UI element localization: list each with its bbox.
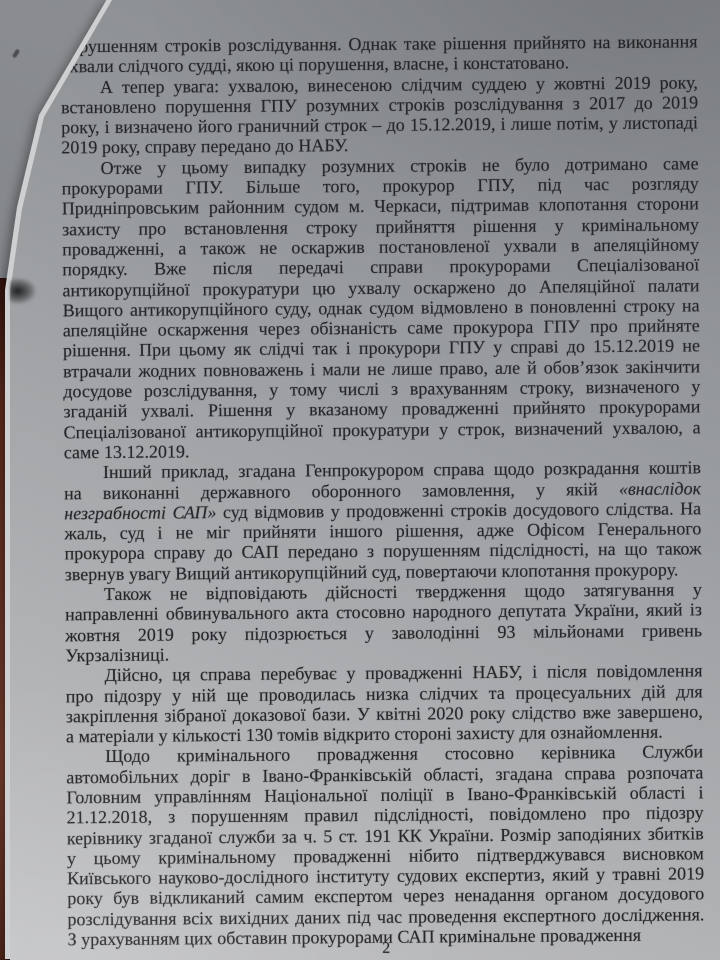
word: Черкаси, [374,196,441,217]
word: ухвалою, [228,75,299,96]
word: відкликаний [149,887,245,908]
word: кримінального [177,745,290,766]
word: в [446,784,455,804]
word: через [259,319,301,340]
word: не [259,238,277,258]
word: про [602,803,630,824]
word: антикорупційного [130,299,268,320]
word: його [198,116,233,137]
word: жовтня [65,624,120,645]
word: слідчим [401,74,462,95]
word: у [691,376,700,396]
word: ненадання [455,885,535,906]
word: «внаслідок [619,478,701,499]
word: цьому [94,848,141,869]
document-page: порушеннямстроківрозслідування.Однактаке… [0,0,720,960]
word: також [657,539,702,560]
word: а [178,238,186,258]
word: час [584,174,609,194]
word: Вищий [175,563,230,584]
word: про [66,686,94,707]
word: в [242,766,251,786]
word: винесеною [308,74,393,95]
word: інституту [316,866,390,887]
word: обізнаність [310,318,397,339]
word: дослідження. [602,904,704,925]
word: потім, [556,113,603,134]
word: рішення [443,33,507,54]
word: проводилась [259,684,356,705]
word: у [365,623,374,643]
word: у [493,337,502,357]
word: бази. [312,704,351,725]
word: ГПУ [260,95,296,116]
word: згадана [238,461,295,482]
word: жовтні [554,73,606,94]
word: направленні [65,604,159,625]
word: час [377,906,402,926]
word: порушенням [383,540,480,561]
word: встановлення [184,217,288,238]
word: Укрзалізниці. [65,644,169,665]
word: оскаржив [291,237,365,258]
word: обвинувального [166,603,289,624]
word: 21.12.2018, [67,807,153,828]
word: ч. [303,826,317,846]
word: Головним [66,787,141,808]
word: строку, [520,377,574,398]
word: мільйонами [533,621,624,642]
word: строку [623,295,675,316]
word: повноважень [203,359,303,380]
word: справа [433,459,484,480]
word: у [172,685,181,705]
word: лише [392,358,433,379]
word: і [346,339,351,359]
word: Івано-Франківській [262,764,412,785]
word: судді, [188,55,232,76]
page-edge-shadow [10,278,36,304]
word: квітні [376,703,421,724]
word: районним [209,197,285,218]
word: Дійсно, [104,665,162,686]
word: ГПУ [544,316,580,337]
word: прийнято [513,32,586,53]
word: підтверджувався [477,844,605,865]
word: згадана [495,763,552,784]
word: строків [450,500,506,521]
word: відкрито [323,724,390,745]
word: Спеціалізованої [64,421,186,442]
word: низка [366,683,409,704]
word: доказової [233,704,306,725]
word: порушенням [191,806,288,827]
word: Однак [348,34,396,55]
word: заволодінні [392,622,480,643]
word: увагу [129,563,171,584]
word: саме [64,442,100,463]
word: дій [642,681,666,701]
word: згаданої [149,827,212,848]
word: прийняте [628,315,700,336]
word: Апеляційної [539,275,635,296]
word: увага: [173,76,219,97]
paragraph: Такожневідповідаютьдійсностітвердженнящо… [65,579,703,665]
word: і [105,117,110,137]
word: лише [511,114,552,135]
word: судом [369,297,414,318]
word: суду, [275,298,312,319]
word: не [367,359,385,379]
word: прийняття [375,216,455,237]
word: збитків [648,823,704,844]
word: процесуальних [515,681,631,702]
word: ній [192,685,216,705]
word: не [175,522,193,542]
word: справа [565,763,616,784]
word: до [567,337,585,357]
word: іншого [329,521,383,542]
word: прокурорами [599,397,700,418]
word: під [538,174,562,194]
word: у [286,400,295,420]
word: слідчих [419,683,478,704]
word: у [157,157,166,177]
word: народного [412,601,491,622]
word: служби [218,826,275,847]
word: розумних [306,95,379,116]
word: звернув [65,564,125,585]
word: однак [318,298,362,319]
word: нібито [409,845,459,866]
word: керівнику [67,827,143,848]
word: який [552,864,588,885]
word: затягування [583,580,674,601]
word: граничний [238,115,320,136]
word: у [159,726,168,746]
word: провадженні, [62,238,164,259]
word: в [571,235,580,255]
word: справу [145,137,197,158]
word: відмовив [254,501,324,522]
word: КК [398,825,422,845]
word: року, [660,72,698,93]
word: Отже [100,157,141,178]
word: констатовано. [463,53,569,74]
word: виконання [617,31,697,52]
word: також [200,238,245,259]
word: підтримав [451,195,529,216]
word: жаль, [64,523,106,544]
word: та [489,682,505,702]
word: експертного [503,905,596,926]
word: і [157,523,162,543]
word: Служби [642,742,703,763]
word: ці [279,55,294,75]
word: замовлення, [422,479,515,500]
word: приклад, [161,461,229,482]
word: стосовно [445,743,514,764]
word: до [276,136,294,156]
word: суд [223,502,248,522]
word: заподіяних [557,823,641,844]
word: суд [120,523,145,543]
word: передачі [279,257,344,278]
word: керівника [541,742,616,763]
word: САП» [172,502,216,523]
word: який [646,600,682,621]
word: за [282,826,297,846]
word: м. [349,196,365,216]
word: цьому [182,157,229,178]
word: проведення [408,906,497,927]
word: продовженні [346,500,444,521]
word: для [676,681,703,702]
word: прокурор [382,175,454,196]
word: цю [312,278,335,298]
word: щодо [524,580,565,601]
word: порушення [165,96,251,117]
word: доріг [190,766,230,787]
word: судом [294,197,339,218]
word: провадження [317,744,418,765]
word: слідство [512,702,577,723]
word: того, [323,176,360,197]
word: органом [545,885,608,906]
word: розслідування. [228,34,342,55]
word: експертиз, [465,865,545,886]
word: палати [648,275,700,296]
word: слідства. [606,498,674,519]
word: Національної [264,785,367,806]
word: виконанні [103,482,180,503]
word: і [698,782,703,802]
paragraph: порушеннямстроківрозслідування.Однактаке… [61,31,698,77]
word: після [213,258,253,279]
word: Рішення [208,400,273,421]
word: рішення. [63,340,131,361]
paragraph: Щодокримінальногопровадженнястосовнокері… [66,742,705,950]
word: з [367,541,374,561]
word: але [495,357,520,377]
word: закінчити [625,356,700,377]
word: рішення, [396,520,464,541]
word: 2019 [61,138,97,159]
word: завершено, [617,701,703,722]
word: ухвалу [348,277,401,298]
word: передано [288,541,358,562]
word: і [532,662,537,682]
word: якій [566,479,598,500]
word: як [234,339,251,359]
word: визначений [515,418,603,439]
word: було [515,154,550,175]
word: право, [439,358,488,379]
word: Розмір [500,824,551,845]
word: підозру [646,803,704,824]
word: саме [663,153,699,174]
word: відповідають [206,582,307,603]
word: 2019 [614,72,650,93]
word: про [138,218,166,239]
word: кількості [172,725,241,746]
word: стосовно [336,602,405,623]
word: у [269,380,278,400]
word: 13.12.2019. [104,441,190,462]
word: після [547,661,587,682]
word: у [346,663,355,683]
word: закріплення [66,705,158,726]
page-number: 2 [68,937,705,960]
word: кримінальному [158,847,276,868]
word: у [609,113,618,133]
word: Спеціалізованої [577,255,699,276]
word: всіх [183,908,214,929]
word: жодних [138,360,196,381]
word: оскаржено [413,276,495,297]
word: у [596,864,605,884]
word: України, [573,600,639,621]
word: прокуратури [332,419,429,440]
word: НАБУ. [298,136,348,157]
word: якою [236,55,275,76]
word: Генпрокурором [305,460,424,481]
word: даних [295,907,341,928]
text-block: порушеннямстроківрозслідування.Однактаке… [61,31,705,949]
photo-of-document: { "colors":{ "paper_dark":"#84878b", "pa… [0,0,720,960]
word: розслідування, [144,380,258,401]
word: прийняти [243,521,316,542]
word: сторони [637,194,699,215]
word: науково-дослідного [158,867,308,888]
word: ухвали [504,235,557,256]
word: прийнято [513,398,586,419]
word: клопотання [539,194,628,215]
word: а [692,417,700,437]
word: твердження [416,581,506,602]
word: клопотання [501,560,590,581]
word: передано [201,136,271,157]
word: строків [165,35,221,56]
word: визначено [115,116,193,137]
word: області, [423,764,483,785]
word: рішення [473,215,537,236]
word: дійсності [326,582,398,603]
word: року [470,703,506,724]
word: підозрюється [245,623,348,644]
word: що [625,539,648,559]
word: повідомлення [597,661,703,682]
word: 15.12.2019, [410,114,496,135]
word: 5 [323,826,332,846]
word: провадженні [402,398,500,419]
word: не [682,336,700,356]
word: тепер [122,76,165,97]
word: САП [242,542,279,563]
word: акта [296,603,329,624]
word: строк, [458,418,505,439]
word: ознайомлення. [550,722,663,743]
word: у [536,479,545,499]
word: України. [428,825,494,846]
word: міг [206,522,230,542]
word: року [67,889,103,910]
word: у [693,579,702,599]
word: Більше [246,177,301,198]
word: строку [306,217,358,238]
word: 15.12.2019 [593,336,674,357]
word: апеляційному [593,234,699,255]
word: до [386,115,404,135]
word: Придніпровським [62,198,200,219]
word: справа [200,664,251,685]
word: і [310,359,315,379]
word: й [527,357,537,377]
word: Офісом [527,519,585,540]
word: в [515,297,524,317]
word: антикорупційний [234,562,367,583]
word: не [482,155,500,175]
word: підслідності, [374,804,474,825]
word: з [573,93,580,113]
word: суддею [471,73,527,94]
word: у [554,215,563,235]
word: розумних [322,155,395,176]
word: гривень [642,620,702,641]
word: не [170,583,188,603]
word: саме [407,318,443,339]
word: ухвалою, [612,417,683,438]
word: висновком [623,843,704,864]
word: НАБУ, [472,662,522,683]
word: прокурорами [62,178,163,199]
word: оскарження [158,319,249,340]
word: ухвалі. [141,401,194,422]
word: з [168,807,175,827]
word: строків [388,94,444,115]
word: прокуратури [202,278,299,299]
word: томів [277,724,318,745]
word: – [372,115,381,135]
word: прокурору. [595,559,679,580]
word: розпочата [627,762,703,783]
word: так [313,339,338,359]
word: автомобільних [66,766,178,787]
paragraph: Дійсно,цясправаперебуваєупровадженніНАБУ… [65,661,703,747]
word: порядку. [62,259,127,280]
word: через [403,886,445,907]
word: врахуванням [410,378,508,399]
word: вже [583,702,611,723]
word: Київського [67,868,151,889]
word: Щодо [105,746,150,767]
text-rotation-layer: порушеннямстроківрозслідування.Однактаке… [0,0,720,960]
word: поновленні [530,296,617,317]
word: 2019 [668,863,704,884]
word: строк [324,115,367,136]
word: року, [61,117,99,138]
word: ця [172,665,190,685]
word: апеляційне [63,320,148,341]
word: справи [370,257,423,278]
word: справі [510,337,558,358]
word: ще [226,684,248,704]
word: 2017 [589,93,625,114]
word: у [331,501,340,521]
word: Івано-Франківській [467,783,617,804]
word: На [680,498,701,518]
word: розгляду [632,173,699,194]
